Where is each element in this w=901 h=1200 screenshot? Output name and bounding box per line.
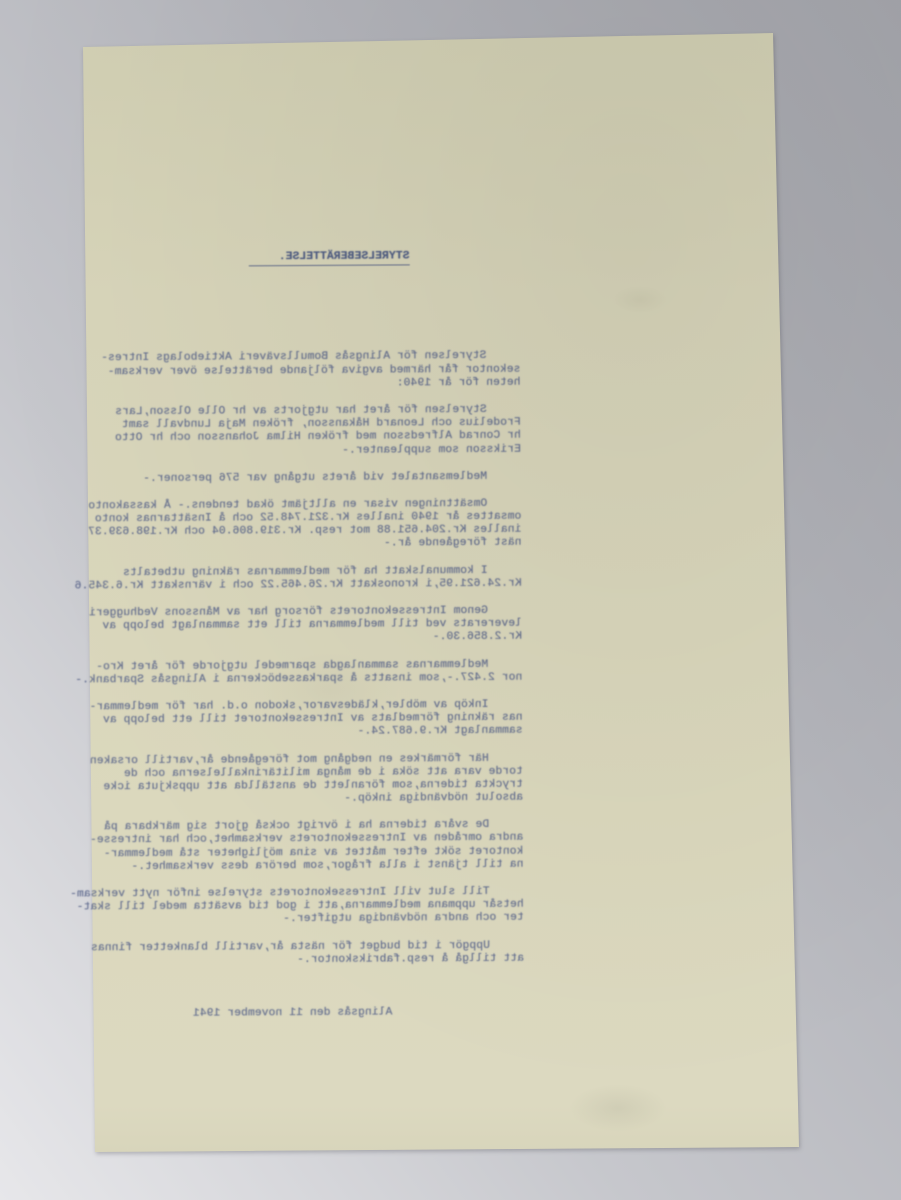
typed-text-paragraphs: Styrelsen för Alingsås Bomullsväveri Akt… <box>88 350 524 968</box>
paragraph: Styrelsen för Alingsås Bomullsväveri Akt… <box>88 350 520 392</box>
paragraph: I kommunalskatt ha för medlemmarnas räkn… <box>90 564 522 593</box>
typewritten-line: nor 2.427.-,som insatts å sparkasseböcke… <box>90 671 522 687</box>
heading-underline: STYRELSEBERÄTTELSE. <box>249 250 410 266</box>
typewritten-line: absolut nödvändiga inköp.- <box>91 792 523 808</box>
typewritten-line: Medlemsantalet vid årets utgång var 576 … <box>89 470 521 486</box>
paragraph: De svåra tiderna ha i övrigt också gjort… <box>91 819 523 874</box>
paragraph: Omsättningen visar en alltjämt ökad tend… <box>89 498 521 553</box>
typewritten-line: Eriksson som suppleanter.- <box>89 443 521 459</box>
typewritten-line: sammanlagt Kr.9.687.24.- <box>91 725 523 741</box>
paragraph: Inköp av möbler,klädesvaror,skodon o.d. … <box>90 699 522 741</box>
document-heading: STYRELSEBERÄTTELSE. <box>88 237 451 281</box>
typewritten-line: na till tjänst i alla frågor,som beröra … <box>91 859 523 875</box>
typewritten-line: Kr.2.856.30.- <box>90 631 522 647</box>
paragraph: Genom Intressekontorets försorg har av M… <box>90 605 522 647</box>
photo-background: STYRELSEBERÄTTELSE. Styrelsen för Alings… <box>0 0 901 1200</box>
typewritten-line: ter och andra nödvändiga utgifter.- <box>92 912 524 928</box>
typewritten-line: Kr.24.621.95,i kronoskatt Kr.26.465.22 o… <box>90 578 522 594</box>
paragraph: Till slut vill Intressekontorets styrels… <box>92 886 524 928</box>
paragraph: Medlemmarnas sammanlagda sparmedel utgjo… <box>90 658 522 687</box>
document-dateline: Alingsås den 11 november 1941 <box>92 1007 392 1022</box>
typewritten-line: att tillgå å resp.fabrikskontor.- <box>92 952 524 968</box>
paragraph: Medlemsantalet vid årets utgång var 576 … <box>89 470 521 486</box>
paragraph: Styrelsen för året har utgjorts av hr Ol… <box>89 404 521 459</box>
typewritten-line: heten för år 1940: <box>88 376 520 392</box>
typewritten-line: näst föregående år.- <box>89 537 521 553</box>
typed-text-block: STYRELSEBERÄTTELSE. Styrelsen för Alings… <box>87 210 524 1049</box>
paragraph: Här förmärkes en nedgång mot föregående … <box>91 752 523 807</box>
paragraph: Uppgör i tid budget för nästa år,vartill… <box>92 939 524 968</box>
